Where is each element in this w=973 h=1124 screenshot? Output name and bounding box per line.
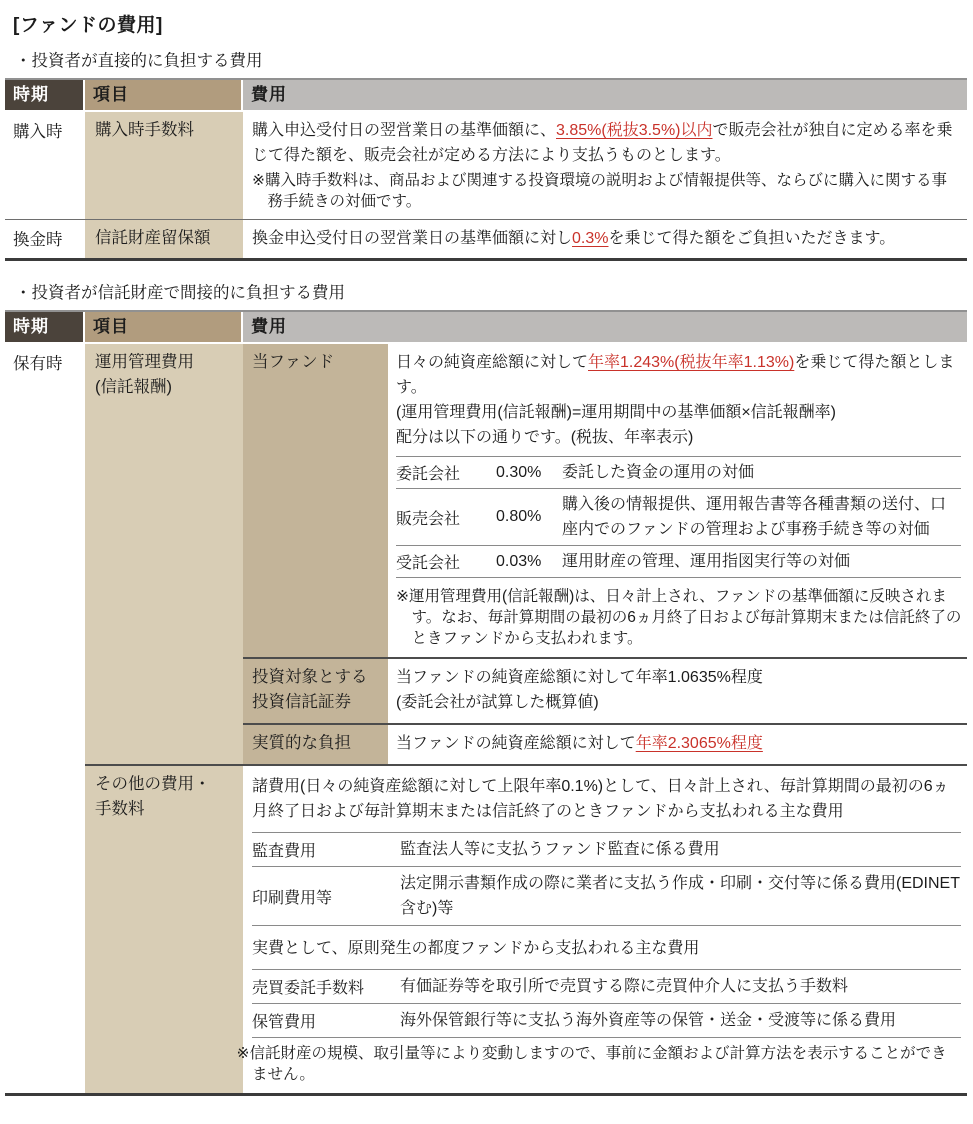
split-row-distributor: 販売会社 0.80% 購入後の情報提供、運用報告書等各種書類の送付、口座内でのフ…: [396, 488, 961, 545]
fee-desc: 監査法人等に支払うファンド監査に係る費用: [400, 837, 961, 862]
custody-fee-row: 保管費用 海外保管銀行等に支払う海外資産等の保管・送金・受渡等に係る費用: [252, 1003, 961, 1037]
fee-cell: 換金申込受付日の翌営業日の基準価額に対し0.3%を乗じて得た額をご負担いただきま…: [243, 220, 967, 258]
split-name: 委託会社: [396, 461, 496, 484]
fee-description: 換金申込受付日の翌営業日の基準価額に対し0.3%を乗じて得た額をご負担いただきま…: [252, 226, 961, 251]
management-fee-cell: 当ファンド 日々の純資産総額に対して年率1.243%(税抜年率1.13%)を乗じ…: [243, 344, 967, 764]
invested-trusts-subrow: 投資対象とする 投資信託証券 当ファンドの純資産総額に対して年率1.0635%程…: [243, 657, 967, 723]
split-name: 販売会社: [396, 506, 496, 529]
fee-description: 当ファンドの純資産総額に対して年率2.3065%程度: [396, 731, 963, 756]
header-period-cell: 時期: [5, 312, 83, 342]
purchase-fee-row: 購入時 購入時手数料 購入申込受付日の翌営業日の基準価額に、3.85%(税抜3.…: [5, 112, 967, 219]
fee-name: 売買委託手数料: [252, 975, 400, 998]
split-rate: 0.80%: [496, 508, 562, 526]
fee-name: 監査費用: [252, 838, 400, 861]
direct-fees-table: 時期 項目 費用 購入時 購入時手数料 購入申込受付日の翌営業日の基準価額に、3…: [5, 78, 967, 261]
split-rate: 0.03%: [496, 553, 562, 571]
fee-rate-highlight: 年率1.243%(税抜年率1.13%): [588, 354, 794, 371]
item-label-line: (信託報酬): [95, 375, 237, 400]
fee-text: 日々の純資産総額に対して: [396, 354, 588, 371]
printing-fee-row: 印刷費用等 法定開示書類作成の際に業者に支払う作成・印刷・交付等に係る費用(ED…: [252, 866, 961, 926]
item-label-line: 運用管理費用: [95, 350, 237, 375]
item-label-line: 手数料: [95, 797, 237, 822]
subcontent-cell: 日々の純資産総額に対して年率1.243%(税抜年率1.13%)を乗じて得た額とし…: [388, 344, 967, 657]
fee-footnote: ※購入時手数料は、商品および関連する投資環境の説明および情報提供等、ならびに購入…: [252, 170, 961, 212]
fund-fees-document: [ファンドの費用] ・投資者が直接的に負担する費用 時期 項目 費用 購入時 購…: [0, 0, 973, 1124]
fee-rate-highlight: 3.85%(税抜3.5%)以内: [556, 122, 713, 139]
split-rate: 0.30%: [496, 464, 562, 482]
other-fees-intro: 諸費用(日々の純資産総額に対して上限年率0.1%)として、日々計上され、毎計算期…: [252, 774, 961, 824]
fee-name: 印刷費用等: [252, 885, 400, 908]
section-direct-heading: ・投資者が直接的に負担する費用: [15, 47, 968, 71]
sublabel-cell: 投資対象とする 投資信託証券: [243, 659, 388, 723]
item-cell: 信託財産留保額: [85, 220, 243, 258]
header-fee-cell: 費用: [243, 80, 967, 110]
fee-cell: 購入申込受付日の翌営業日の基準価額に、3.85%(税抜3.5%)以内で販売会社が…: [243, 112, 967, 219]
fee-text: (委託会社が試算した概算値): [396, 690, 963, 715]
item-cell: 購入時手数料: [85, 112, 243, 219]
period-cell: 購入時: [5, 112, 85, 219]
management-fee-item-cell: 運用管理費用 (信託報酬): [85, 344, 243, 764]
redemption-fee-row: 換金時 信託財産留保額 換金申込受付日の翌営業日の基準価額に対し0.3%を乗じて…: [5, 219, 967, 258]
sublabel-line: 投資信託証券: [252, 690, 384, 715]
page-title: [ファンドの費用]: [13, 10, 968, 37]
subcontent-cell: 当ファンドの純資産総額に対して年率1.0635%程度 (委託会社が試算した概算値…: [388, 659, 967, 723]
fee-desc: 海外保管銀行等に支払う海外資産等の保管・送金・受渡等に係る費用: [400, 1008, 961, 1033]
sublabel-cell: 実質的な負担: [243, 725, 388, 764]
fee-text: 当ファンドの純資産総額に対して: [396, 735, 636, 752]
fee-rate-highlight: 年率2.3065%程度: [636, 735, 763, 752]
fee-formula: (運用管理費用(信託報酬)=運用期間中の基準価額×信託報酬率): [396, 400, 963, 425]
item-label-line: その他の費用・: [95, 772, 237, 797]
fee-text: 当ファンドの純資産総額に対して年率1.0635%程度: [396, 665, 963, 690]
subcontent-cell: 当ファンドの純資産総額に対して年率2.3065%程度: [388, 725, 967, 764]
fee-text: 換金申込受付日の翌営業日の基準価額に対し: [252, 230, 572, 247]
split-desc: 委託した資金の運用の対価: [562, 460, 961, 485]
split-desc: 購入後の情報提供、運用報告書等各種書類の送付、口座内でのファンドの管理および事務…: [562, 492, 961, 542]
fee-desc: 有価証券等を取引所で売買する際に売買仲介人に支払う手数料: [400, 974, 961, 999]
split-row-trustor: 委託会社 0.30% 委託した資金の運用の対価: [396, 456, 961, 488]
split-row-trustee: 受託会社 0.03% 運用財産の管理、運用指図実行等の対価: [396, 545, 961, 578]
header-fee-cell: 費用: [243, 312, 967, 342]
header-item-cell: 項目: [85, 312, 241, 342]
management-fee-footnote: ※運用管理費用(信託報酬)は、日々計上され、ファンドの基準価額に反映されます。な…: [396, 586, 963, 649]
indirect-fees-table: 時期 項目 費用 保有時 運用管理費用 (信託報酬) 当ファンド 日々の純資産総…: [5, 310, 967, 1096]
this-fund-subrow: 当ファンド 日々の純資産総額に対して年率1.243%(税抜年率1.13%)を乗じ…: [243, 344, 967, 657]
audit-fee-row: 監査費用 監査法人等に支払うファンド監査に係る費用: [252, 832, 961, 866]
table-header-row: 時期 項目 費用: [5, 310, 967, 342]
fee-description: 日々の純資産総額に対して年率1.243%(税抜年率1.13%)を乗じて得た額とし…: [396, 350, 963, 400]
period-cell: 保有時: [5, 344, 85, 1093]
fee-description: 購入申込受付日の翌営業日の基準価額に、3.85%(税抜3.5%)以内で販売会社が…: [252, 118, 961, 168]
fee-desc: 法定開示書類作成の際に業者に支払う作成・印刷・交付等に係る費用(EDINET含む…: [400, 871, 961, 921]
header-item-cell: 項目: [85, 80, 241, 110]
other-fees-cell: 諸費用(日々の純資産総額に対して上限年率0.1%)として、日々計上され、毎計算期…: [243, 764, 967, 1093]
actual-cost-intro: 実費として、原則発生の都度ファンドから支払われる主な費用: [252, 936, 961, 961]
table-header-row: 時期 項目 費用: [5, 78, 967, 110]
fee-split-table: 委託会社 0.30% 委託した資金の運用の対価 販売会社 0.80% 購入後の情…: [396, 456, 961, 578]
split-desc: 運用財産の管理、運用指図実行等の対価: [562, 549, 961, 574]
header-period-cell: 時期: [5, 80, 83, 110]
section-indirect-heading: ・投資者が信託財産で間接的に負担する費用: [15, 279, 968, 303]
other-fees-item-cell: その他の費用・ 手数料: [85, 764, 243, 1093]
sublabel-line: 投資対象とする: [252, 665, 384, 690]
fee-name: 保管費用: [252, 1009, 400, 1032]
sublabel-cell: 当ファンド: [243, 344, 388, 657]
other-fees-footnote: ※信託財産の規模、取引量等により変動しますので、事前に金額および計算方法を表示す…: [252, 1037, 961, 1089]
period-cell: 換金時: [5, 220, 85, 258]
indirect-table-body: 保有時 運用管理費用 (信託報酬) 当ファンド 日々の純資産総額に対して年率1.…: [5, 344, 967, 1093]
brokerage-fee-row: 売買委託手数料 有価証券等を取引所で売買する際に売買仲介人に支払う手数料: [252, 969, 961, 1003]
split-intro: 配分は以下の通りです。(税抜、年率表示): [396, 425, 963, 450]
fee-text: 購入申込受付日の翌営業日の基準価額に、: [252, 122, 556, 139]
fee-text: を乗じて得た額をご負担いただきます。: [608, 230, 895, 247]
effective-burden-subrow: 実質的な負担 当ファンドの純資産総額に対して年率2.3065%程度: [243, 723, 967, 764]
fee-rate-highlight: 0.3%: [572, 230, 608, 247]
split-name: 受託会社: [396, 550, 496, 573]
